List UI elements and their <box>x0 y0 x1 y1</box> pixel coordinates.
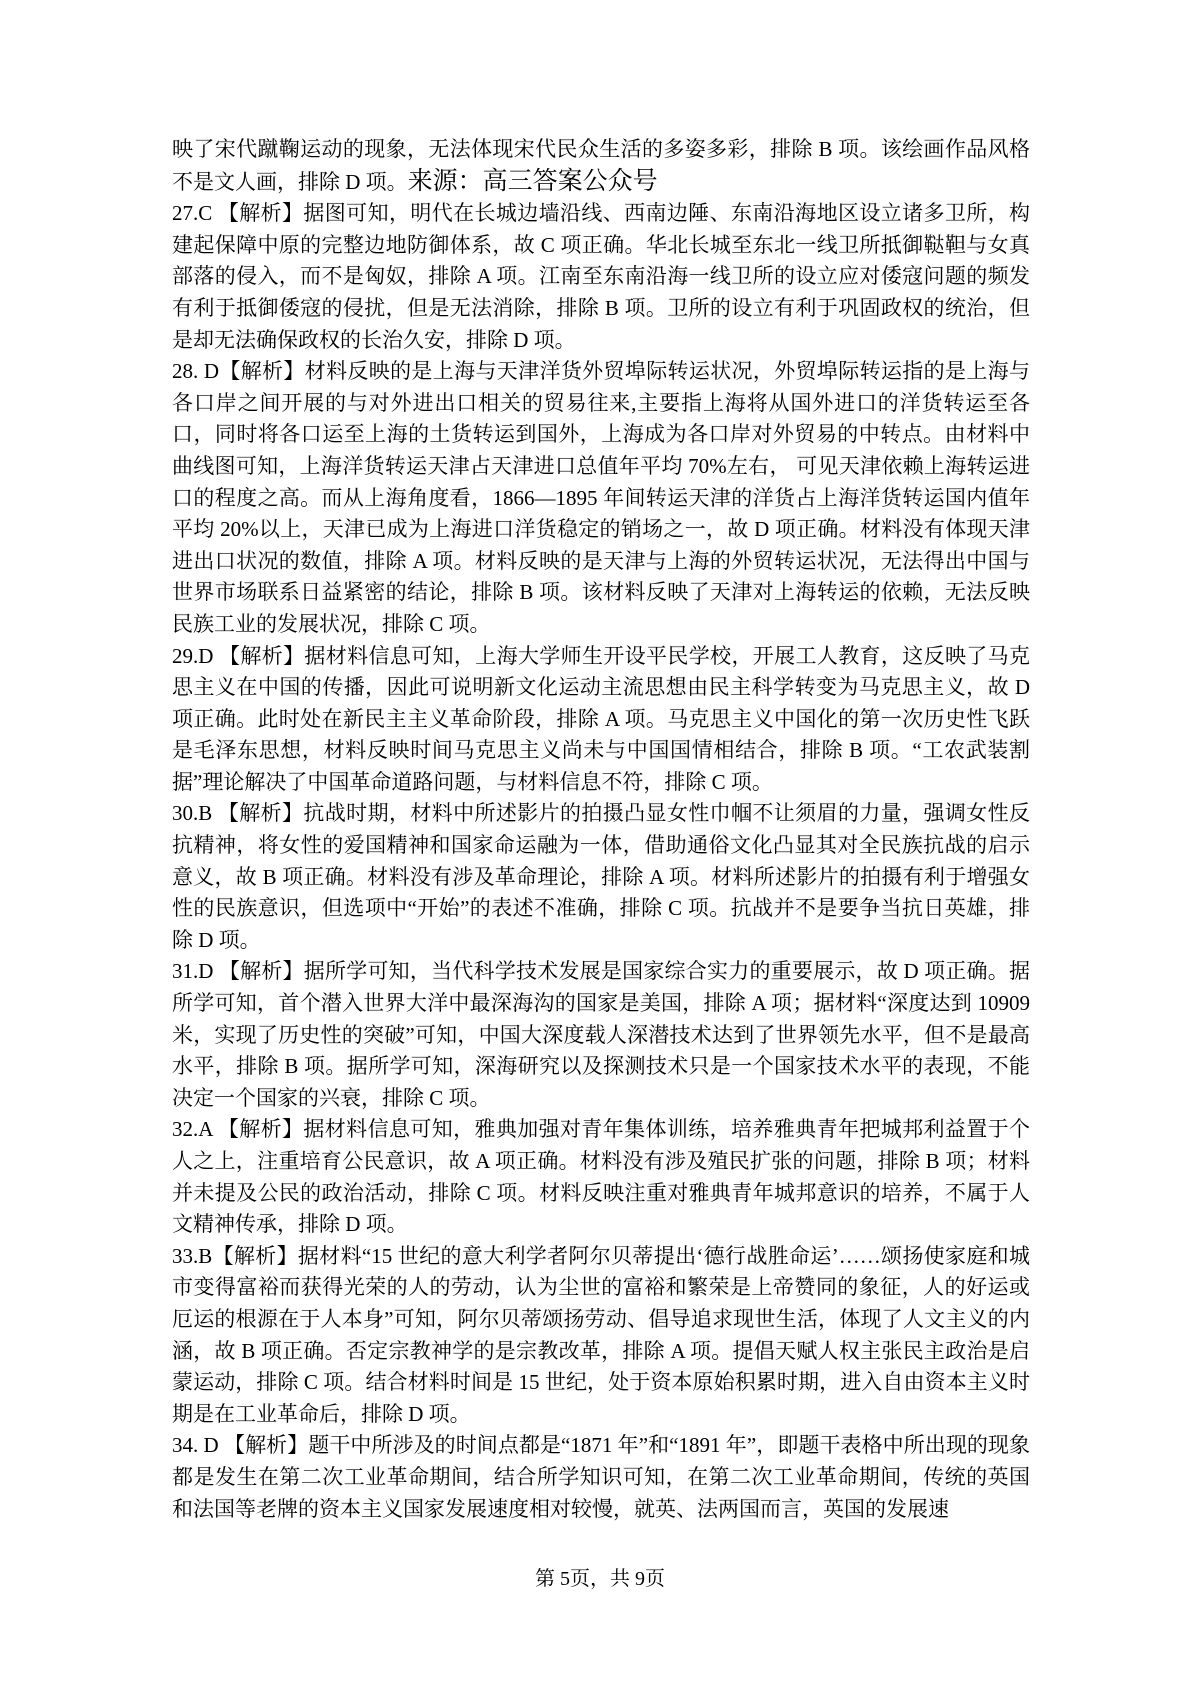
answer-paragraph-34: 34. D 【解析】题干中所涉及的时间点都是“1871 年”和“1891 年”，… <box>172 1430 1030 1525</box>
page-footer: 第 5页，共 9页 <box>0 1562 1200 1591</box>
answer-analysis-27: 【解析】据图可知，明代在长城边墙沿线、西南边陲、东南沿海地区设立诸多卫所，构建起… <box>172 201 1030 351</box>
answer-label-32: 32.A <box>172 1117 212 1141</box>
answer-paragraph-33: 33.B【解析】据材料“15 世纪的意大利学者阿尔贝蒂提出‘德行战胜命运’……颂… <box>172 1241 1030 1431</box>
answer-paragraph-27: 27.C 【解析】据图可知，明代在长城边墙沿线、西南边陲、东南沿海地区设立诸多卫… <box>172 198 1030 356</box>
answer-label-29: 29.D <box>172 644 213 668</box>
source-label: 来源：高三答案公众号 <box>408 168 658 195</box>
answer-analysis-29: 【解析】据材料信息可知，上海大学师生开设平民学校，开展工人教育，这反映了马克思主… <box>172 644 1030 794</box>
paragraph-continuation: 映了宋代蹴鞠运动的现象，无法体现宋代民众生活的多姿多彩，排除 B 项。该绘画作品… <box>172 134 1030 198</box>
answer-paragraph-29: 29.D 【解析】据材料信息可知，上海大学师生开设平民学校，开展工人教育，这反映… <box>172 641 1030 799</box>
answer-analysis-32: 【解析】据材料信息可知，雅典加强对青年集体训练，培养雅典青年把城邦利益置于个人之… <box>172 1117 1030 1236</box>
document-page: 映了宋代蹴鞠运动的现象，无法体现宋代民众生活的多姿多彩，排除 B 项。该绘画作品… <box>0 0 1200 1698</box>
answer-key-content: 映了宋代蹴鞠运动的现象，无法体现宋代民众生活的多姿多彩，排除 B 项。该绘画作品… <box>172 134 1030 1525</box>
answer-paragraph-28: 28. D【解析】材料反映的是上海与天津洋货外贸埠际转运状况，外贸埠际转运指的是… <box>172 356 1030 640</box>
answer-analysis-34: 【解析】题干中所涉及的时间点都是“1871 年”和“1891 年”，即题干表格中… <box>172 1433 1030 1520</box>
answer-analysis-33: 【解析】据材料“15 世纪的意大利学者阿尔贝蒂提出‘德行战胜命运’……颂扬使家庭… <box>172 1244 1030 1426</box>
answer-label-27: 27.C <box>172 201 212 225</box>
answer-label-31: 31.D <box>172 959 213 983</box>
answer-paragraph-32: 32.A 【解析】据材料信息可知，雅典加强对青年集体训练，培养雅典青年把城邦利益… <box>172 1114 1030 1240</box>
answer-analysis-31: 【解析】据所学可知，当代科学技术发展是国家综合实力的重要展示，故 D 项正确。据… <box>172 959 1030 1109</box>
page-number: 第 5页，共 9页 <box>535 1568 665 1590</box>
answer-paragraph-31: 31.D 【解析】据所学可知，当代科学技术发展是国家综合实力的重要展示，故 D … <box>172 956 1030 1114</box>
answer-analysis-30: 【解析】抗战时期，材料中所述影片的拍摄凸显女性巾帼不让须眉的力量，强调女性反抗精… <box>172 801 1030 951</box>
answer-label-28: 28. D <box>172 359 219 383</box>
answer-label-34: 34. D <box>172 1433 219 1457</box>
answer-paragraph-30: 30.B 【解析】抗战时期，材料中所述影片的拍摄凸显女性巾帼不让须眉的力量，强调… <box>172 798 1030 956</box>
answer-label-33: 33.B <box>172 1244 212 1268</box>
answer-label-30: 30.B <box>172 801 212 825</box>
answer-analysis-28: 【解析】材料反映的是上海与天津洋货外贸埠际转运状况，外贸埠际转运指的是上海与各口… <box>172 359 1030 636</box>
